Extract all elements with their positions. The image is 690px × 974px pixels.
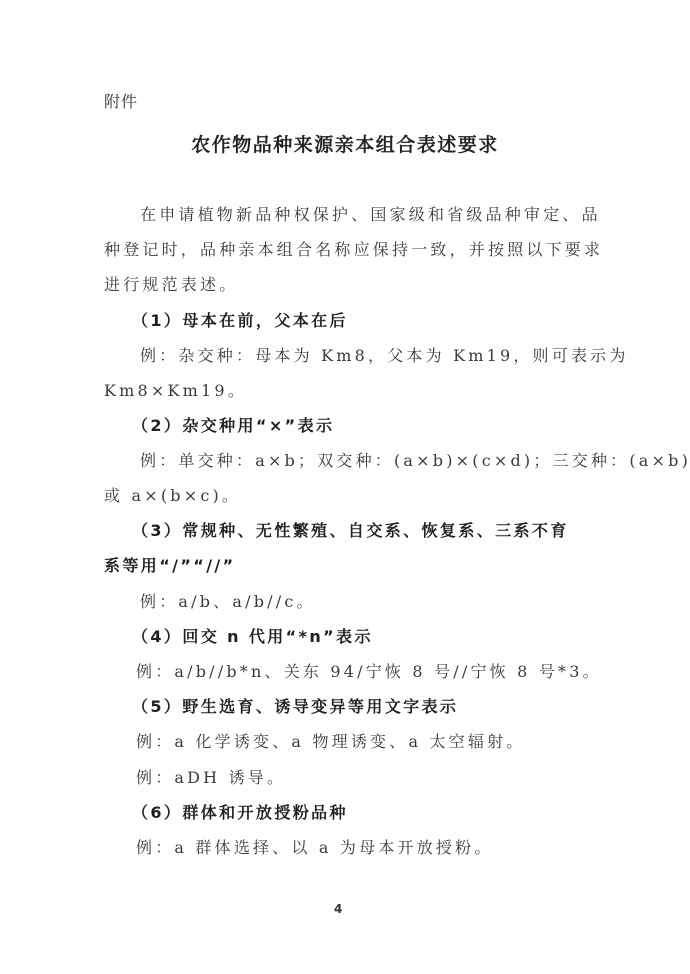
example-line: 例：a/b//b*n、关东 94/宁恢 8 号//宁恢 8 号*3。 — [136, 659, 602, 682]
document-page: 附件 农作物品种来源亲本组合表述要求 在申请植物新品种权保护、国家级和省级品种审… — [0, 0, 690, 974]
section-heading-3-cont: 系等用“/”“//” — [104, 553, 236, 576]
section-heading-2: （2）杂交种用“×”表示 — [132, 413, 334, 436]
section-heading-1: （1）母本在前，父本在后 — [132, 308, 348, 331]
example-line: 例：aDH 诱导。 — [136, 765, 286, 788]
section-heading-3: （3）常规种、无性繁殖、自交系、恢复系、三系不育 — [132, 518, 569, 541]
intro-line: 进行规范表述。 — [104, 272, 238, 295]
example-line: 例：a 化学诱变、a 物理诱变、a 太空辐射。 — [136, 729, 525, 752]
intro-line: 在申请植物新品种权保护、国家级和省级品种审定、品 — [140, 202, 601, 225]
example-line: 例：杂交种：母本为 Km8，父本为 Km19，则可表示为 — [140, 343, 629, 366]
page-number: 4 — [334, 902, 342, 916]
example-line: 例：a 群体选择、以 a 为母本开放授粉。 — [136, 835, 494, 858]
attachment-label: 附件 — [104, 89, 138, 112]
document-title: 农作物品种来源亲本组合表述要求 — [0, 130, 690, 157]
section-heading-5: （5）野生选育、诱导变异等用文字表示 — [132, 694, 458, 717]
section-heading-6: （6）群体和开放授粉品种 — [132, 800, 348, 823]
section-heading-4: （4）回交 n 代用“*n”表示 — [132, 624, 373, 647]
intro-line: 种登记时，品种亲本组合名称应保持一致，并按照以下要求 — [104, 237, 603, 260]
example-line: 例：单交种：a×b；双交种：(a×b)×(c×d)；三交种：(a×b)×c — [140, 448, 690, 471]
example-line: Km8×Km19。 — [104, 378, 247, 401]
example-line: 或 a×(b×c)。 — [104, 483, 241, 506]
example-line: 例：a/b、a/b//c。 — [140, 589, 316, 612]
